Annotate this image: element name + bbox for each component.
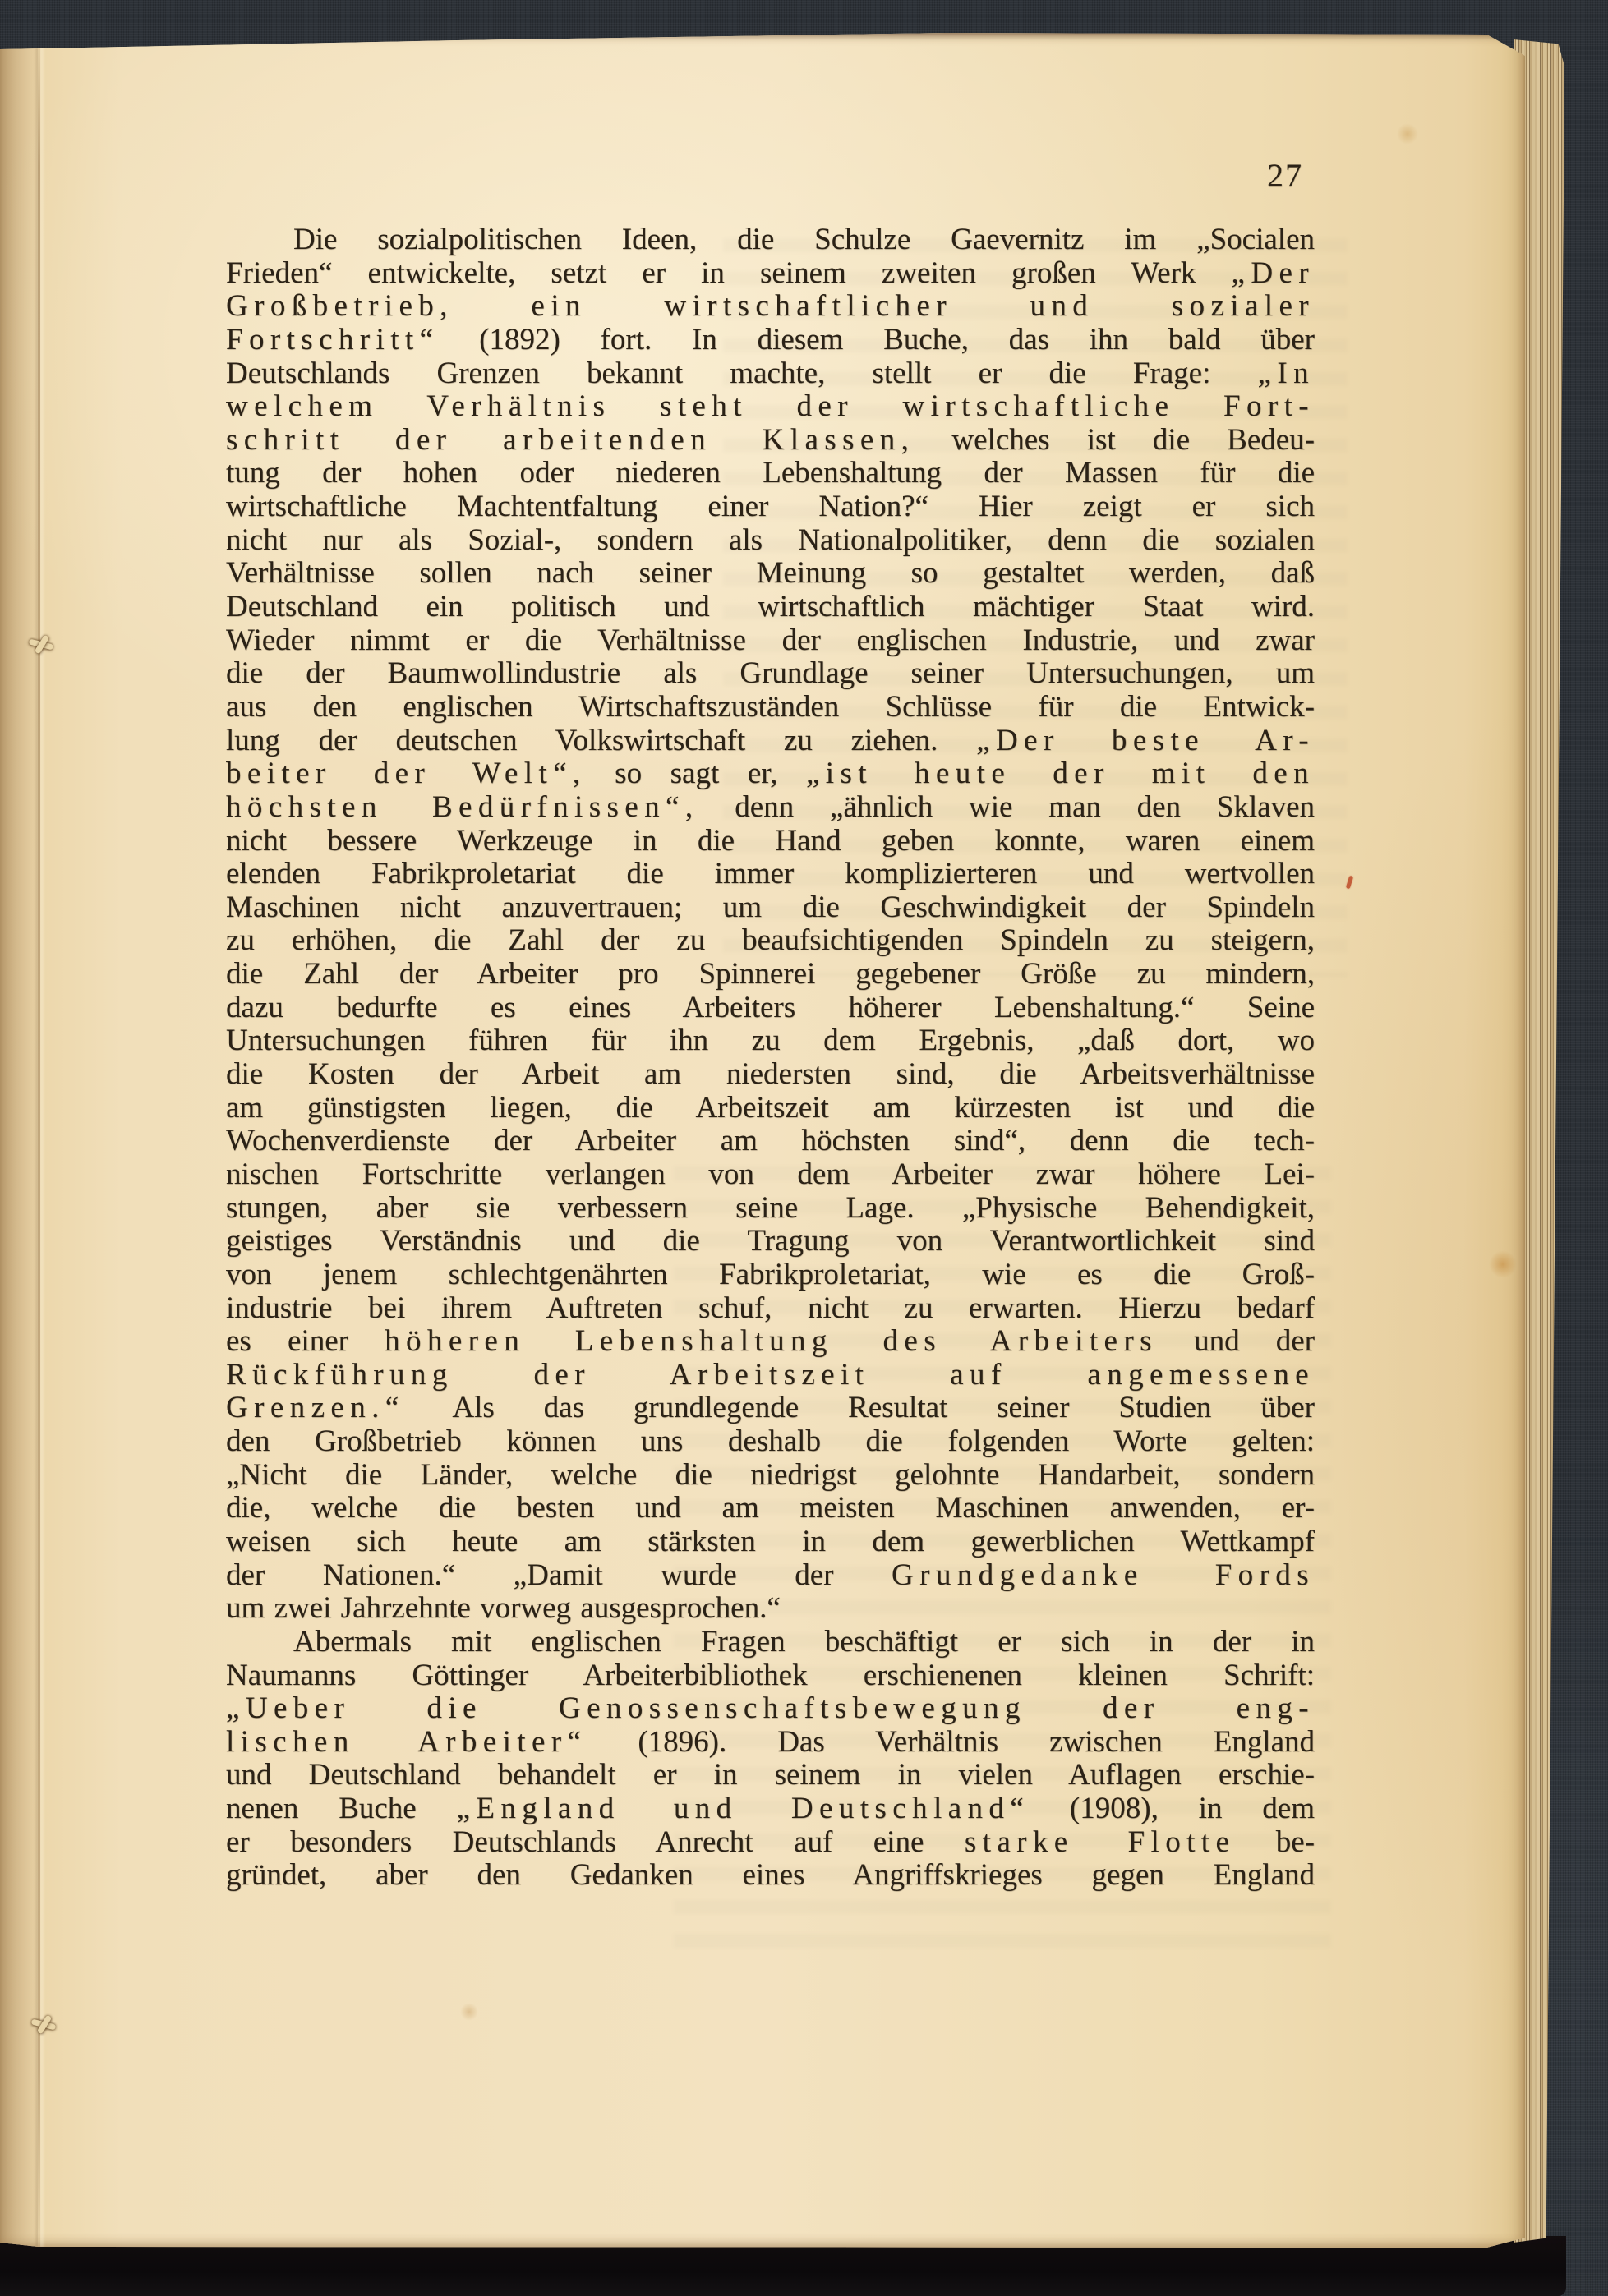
text-line: elenden Fabrikproletariat die immer komp… [226,858,1315,891]
text-segment: Untersuchungen führen für ihn zu dem Erg… [226,1024,1315,1057]
text-segment: dazu bedurfte es eines Arbeiters höherer… [226,992,1315,1024]
text-line: Rückführung der Arbeitszeit auf angemess… [226,1359,1315,1392]
book-page: 27 Die sozialpolitischen Ideen, die Schu… [0,33,1525,2248]
text-segment: Maschinen nicht anzuvertrauen; um die Ge… [226,891,1315,924]
text-segment: Deutschland ein politisch und wirtschaft… [226,591,1315,623]
text-line: weisen sich heute am stärksten in dem ge… [226,1525,1315,1559]
text-line: nicht bessere Werkzeuge in die Hand gebe… [226,825,1315,858]
text-line: um zwei Jahrzehnte vorweg ausgesprochen.… [226,1592,1315,1626]
text-line: Wieder nimmt er die Verhältnisse der eng… [226,624,1315,658]
text-segment: Deutschlands Grenzen bekannt machte, ste… [226,357,1258,390]
text-segment: am günstigsten liegen, die Arbeitszeit a… [226,1092,1315,1125]
text-segment: (1908), in dem [1030,1792,1315,1825]
text-segment: die Kosten der Arbeit am niedersten sind… [226,1058,1315,1091]
text-line: die Zahl der Arbeiter pro Spinnerei gege… [226,958,1315,992]
text-line: Naumanns Göttinger Arbeiterbibliothek er… [226,1659,1315,1693]
text-line: schritt der arbeitenden Klassen, welches… [226,424,1315,458]
text-line: Fortschritt“ (1892) fort. In diesem Buch… [226,324,1315,357]
text-line: „Ueber die Genossenschaftsbewegung der e… [226,1692,1315,1726]
text-segment: elenden Fabrikproletariat die immer komp… [226,858,1315,890]
text-segment: Abermals mit englischen Fragen beschäfti… [293,1626,1315,1659]
text-segment: Fortschritt“ [226,324,439,357]
text-segment: und Deutschland behandelt er in seinem i… [226,1759,1315,1792]
text-block: Die sozialpolitischen Ideen, die Schulze… [226,223,1315,1893]
text-segment: tung der hohen oder niederen Lebenshaltu… [226,457,1315,490]
text-line: „Nicht die Länder, welche die niedrigst … [226,1459,1315,1493]
text-line: Wochenverdienste der Arbeiter am höchste… [226,1125,1315,1158]
text-segment: welches ist die Bedeu- [915,424,1315,457]
text-segment: welchem Verhältnis steht der wirtschaftl… [226,390,1315,423]
text-segment: schritt der arbeitenden Klassen, [226,424,915,457]
text-segment: die der Baumwollindustrie als Grundlage … [226,657,1315,690]
text-line: dazu bedurfte es eines Arbeiters höherer… [226,992,1315,1025]
text-line: am günstigsten liegen, die Arbeitszeit a… [226,1092,1315,1125]
text-line: zu erhöhen, die Zahl der zu beaufsichtig… [226,924,1315,958]
text-line: es einer höheren Lebenshaltung des Arbei… [226,1325,1315,1359]
text-segment: Wieder nimmt er die Verhältnisse der eng… [226,624,1315,657]
text-line: er besonders Deutschlands Anrecht auf ei… [226,1826,1315,1860]
text-line: die, welche die besten und am meisten Ma… [226,1492,1315,1525]
text-segment: der Nationen.“ „Damit wurde der [226,1559,892,1592]
foxing-spot [1397,123,1418,145]
text-line: Untersuchungen führen für ihn zu dem Erg… [226,1024,1315,1058]
text-line: der Nationen.“ „Damit wurde der Grundged… [226,1559,1315,1593]
text-segment: nicht bessere Werkzeuge in die Hand gebe… [226,825,1315,858]
text-line: nenen Buche „England und Deutschland“ (1… [226,1792,1315,1826]
text-segment: aus den englischen Wirtschaftszuständen … [226,691,1315,724]
text-segment: wirtschaftliche Machtentfaltung einer Na… [226,490,1315,523]
text-line: die Kosten der Arbeit am niedersten sind… [226,1058,1315,1092]
text-segment: nicht nur als Sozial-, sondern als Natio… [226,524,1315,557]
text-segment: Frieden“ entwickelte, setzt er in seinem… [226,257,1232,290]
text-line: nicht nur als Sozial-, sondern als Natio… [226,524,1315,558]
text-line: Frieden“ entwickelte, setzt er in seinem… [226,257,1315,291]
text-line: stungen, aber sie verbessern seine Lage.… [226,1192,1315,1226]
foxing-spot [1489,1250,1517,1278]
text-line: von jenem schlechtgenährten Fabrikprolet… [226,1258,1315,1292]
text-segment: zu erhöhen, die Zahl der zu beaufsichtig… [226,924,1315,957]
text-line: Großbetrieb, ein wirtschaftlicher und so… [226,290,1315,324]
page-number: 27 [226,156,1315,195]
text-segment: Wochenverdienste der Arbeiter am höchste… [226,1125,1315,1157]
text-segment: „Ueber die Genossenschaftsbewegung der e… [226,1692,1315,1725]
text-segment: (1892) fort. In diesem Buche, das ihn ba… [439,324,1315,357]
text-line: lischen Arbeiter“ (1896). Das Verhältnis… [226,1726,1315,1760]
text-segment: „In [1258,357,1315,390]
text-segment: Großbetrieb, ein wirtschaftlicher und so… [226,290,1315,323]
text-segment: und der [1158,1325,1315,1358]
text-segment: „Der [1232,257,1315,290]
text-line: beiter der Welt“, so sagt er, „ist heute… [226,757,1315,791]
text-segment: lischen Arbeiter“ [226,1726,587,1759]
text-line: nischen Fortschritte verlangen von dem A… [226,1158,1315,1192]
text-segment: „Nicht die Länder, welche die niedrigst … [226,1459,1315,1492]
text-line: wirtschaftliche Machtentfaltung einer Na… [226,490,1315,524]
text-segment: denn „ähnlich wie man den Sklaven [699,791,1315,824]
text-line: und Deutschland behandelt er in seinem i… [226,1759,1315,1792]
text-line: geistiges Verständnis und die Tragung vo… [226,1225,1315,1258]
text-line: den Großbetrieb können uns deshalb die f… [226,1425,1315,1459]
text-segment: „Der beste Ar- [976,725,1315,757]
text-segment: Verhältnisse sollen nach seiner Meinung … [226,557,1315,590]
text-segment: so sagt er, [587,757,806,790]
gutter-shading [0,33,38,2248]
text-segment: nenen Buche [226,1792,457,1825]
text-segment: lung der deutschen Volkswirtschaft zu zi… [226,725,976,757]
text-line: tung der hohen oder niederen Lebenshaltu… [226,457,1315,490]
text-segment: be- [1235,1826,1315,1859]
text-line: Verhältnisse sollen nach seiner Meinung … [226,557,1315,591]
text-segment: um zwei Jahrzehnte vorweg ausgesprochen.… [226,1592,781,1625]
text-line: industrie bei ihrem Auftreten schuf, nic… [226,1292,1315,1326]
text-segment: nischen Fortschritte verlangen von dem A… [226,1158,1315,1191]
text-segment: Naumanns Göttinger Arbeiterbibliothek er… [226,1659,1315,1692]
text-segment: die Zahl der Arbeiter pro Spinnerei gege… [226,958,1315,991]
text-segment: geistiges Verständnis und die Tragung vo… [226,1225,1315,1258]
text-segment: starke Flotte [965,1826,1235,1859]
text-line: die der Baumwollindustrie als Grundlage … [226,657,1315,691]
text-line: Maschinen nicht anzuvertrauen; um die Ge… [226,891,1315,925]
text-segment: Grenzen.“ [226,1392,405,1424]
text-segment: Rückführung der Arbeitszeit auf angemess… [226,1359,1315,1392]
text-segment: die, welche die besten und am meisten Ma… [226,1492,1315,1525]
text-line: Grenzen.“ Als das grundlegende Resultat … [226,1392,1315,1425]
gutter-crease-line [38,33,40,2248]
text-segment: industrie bei ihrem Auftreten schuf, nic… [226,1292,1315,1325]
text-segment: stungen, aber sie verbessern seine Lage.… [226,1192,1315,1225]
text-line: lung der deutschen Volkswirtschaft zu zi… [226,725,1315,758]
text-segment: Als das grundlegende Resultat seiner Stu… [405,1392,1315,1424]
text-segment: weisen sich heute am stärksten in dem ge… [226,1525,1315,1558]
text-line: gründet, aber den Gedanken eines Angriff… [226,1859,1315,1893]
text-segment: beiter der Welt“, [226,757,587,790]
text-segment: höchsten Bedürfnissen“, [226,791,699,824]
text-line: höchsten Bedürfnissen“, denn „ähnlich wi… [226,791,1315,825]
text-segment: „ist heute der mit den [806,757,1315,790]
text-segment: den Großbetrieb können uns deshalb die f… [226,1425,1315,1458]
text-line: Die sozialpolitischen Ideen, die Schulze… [226,223,1315,257]
text-segment: (1896). Das Verhältnis zwischen England [587,1726,1315,1759]
text-line: Abermals mit englischen Fragen beschäfti… [226,1626,1315,1659]
text-segment: höheren Lebenshaltung des Arbeiters [385,1325,1158,1358]
scanner-backdrop: { "scan": { "colors": { "backdrop": "#2c… [0,0,1608,2296]
binding-stitch-top [27,631,55,659]
binding-stitch-bottom [30,2011,58,2039]
text-segment: Grundgedanke Fords [892,1559,1315,1592]
text-segment: es einer [226,1325,385,1358]
text-line: Deutschland ein politisch und wirtschaft… [226,591,1315,624]
text-line: welchem Verhältnis steht der wirtschaftl… [226,390,1315,424]
text-segment: er besonders Deutschlands Anrecht auf ei… [226,1826,965,1859]
text-line: Deutschlands Grenzen bekannt machte, ste… [226,357,1315,391]
text-line: aus den englischen Wirtschaftszuständen … [226,691,1315,725]
text-segment: Die sozialpolitischen Ideen, die Schulze… [293,223,1315,256]
foxing-spot [460,2003,478,2021]
text-segment: von jenem schlechtgenährten Fabrikprolet… [226,1258,1315,1291]
text-segment: gründet, aber den Gedanken eines Angriff… [226,1859,1315,1892]
text-segment: „England und Deutschland“ [457,1792,1030,1825]
